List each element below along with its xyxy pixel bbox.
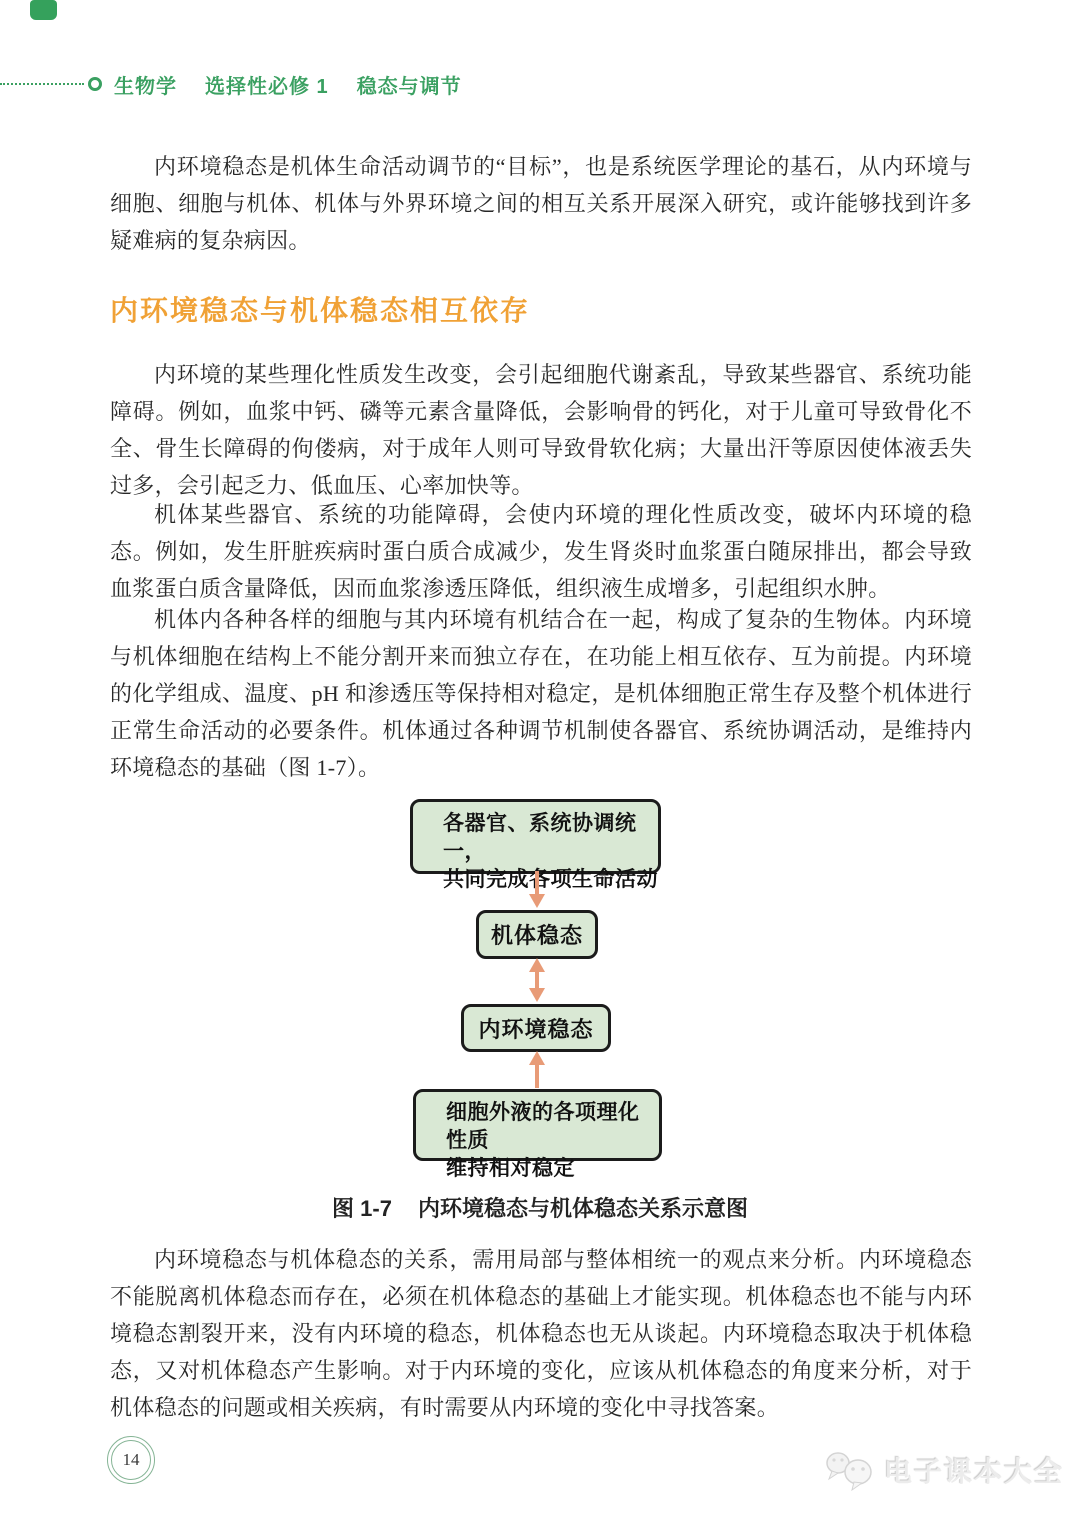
header-chapter: 稳态与调节 [357, 70, 462, 99]
arrow-up-icon [526, 1051, 548, 1088]
box-text-line: 共同完成各项生命活动 [443, 866, 658, 894]
box-text: 内环境稳态 [478, 1013, 593, 1044]
page-number-badge: 14 [107, 1436, 155, 1484]
paragraph-1: 内环境稳态是机体生命活动调节的“目标”，也是系统医学理论的基石，从内环境与细胞、… [110, 148, 972, 259]
box-text-line: 细胞外液的各项理化性质 [446, 1099, 659, 1155]
dotted-leader-line [0, 83, 84, 85]
watermark: 电子课本大全 [824, 1446, 1064, 1494]
header-module: 选择性必修 1 [205, 70, 329, 99]
header-book-title: 生物学 [114, 70, 177, 99]
paragraph-3: 机体某些器官、系统的功能障碍，会使内环境的理化性质改变，破坏内环境的稳态。例如，… [110, 496, 972, 607]
figure-caption-label: 图 1-7 [332, 1196, 392, 1221]
flowchart-box-body-homeostasis: 机体稳态 [476, 910, 598, 959]
figure-caption-text: 内环境稳态与机体稳态关系示意图 [418, 1196, 748, 1221]
paragraph-4: 机体内各种各样的细胞与其内环境有机结合在一起，构成了复杂的生物体。内环境与机体细… [110, 601, 972, 786]
flowchart-box-internal-homeostasis: 内环境稳态 [461, 1004, 611, 1052]
textbook-page: 生物学 选择性必修 1 稳态与调节 内环境稳态是机体生命活动调节的“目标”，也是… [0, 0, 1080, 1526]
figure-caption: 图 1-7内环境稳态与机体稳态关系示意图 [0, 1192, 1080, 1223]
arrow-up-down-icon [526, 958, 548, 1002]
box-text-line: 维持相对稳定 [446, 1155, 659, 1183]
box-text-line: 各器官、系统协调统一， [443, 810, 658, 866]
wechat-logo-icon [824, 1446, 878, 1494]
flowchart-box-organs: 各器官、系统协调统一， 共同完成各项生命活动 [410, 799, 661, 874]
paragraph-5: 内环境稳态与机体稳态的关系，需用局部与整体相统一的观点来分析。内环境稳态不能脱离… [110, 1241, 972, 1426]
paragraph-2: 内环境的某些理化性质发生改变，会引起细胞代谢紊乱，导致某些器官、系统功能障碍。例… [110, 356, 972, 504]
section-heading: 内环境稳态与机体稳态相互依存 [110, 289, 530, 329]
box-text: 机体稳态 [491, 919, 583, 950]
page-corner-mark [30, 0, 57, 20]
page-number-inner-ring: 14 [111, 1440, 151, 1480]
arrow-down-icon [526, 871, 548, 908]
flowchart-box-ecf-properties: 细胞外液的各项理化性质 维持相对稳定 [413, 1089, 662, 1161]
page-header: 生物学 选择性必修 1 稳态与调节 [0, 72, 490, 96]
watermark-text: 电子课本大全 [884, 1450, 1064, 1490]
page-number: 14 [123, 1450, 140, 1470]
bullet-ring-icon [88, 77, 102, 91]
